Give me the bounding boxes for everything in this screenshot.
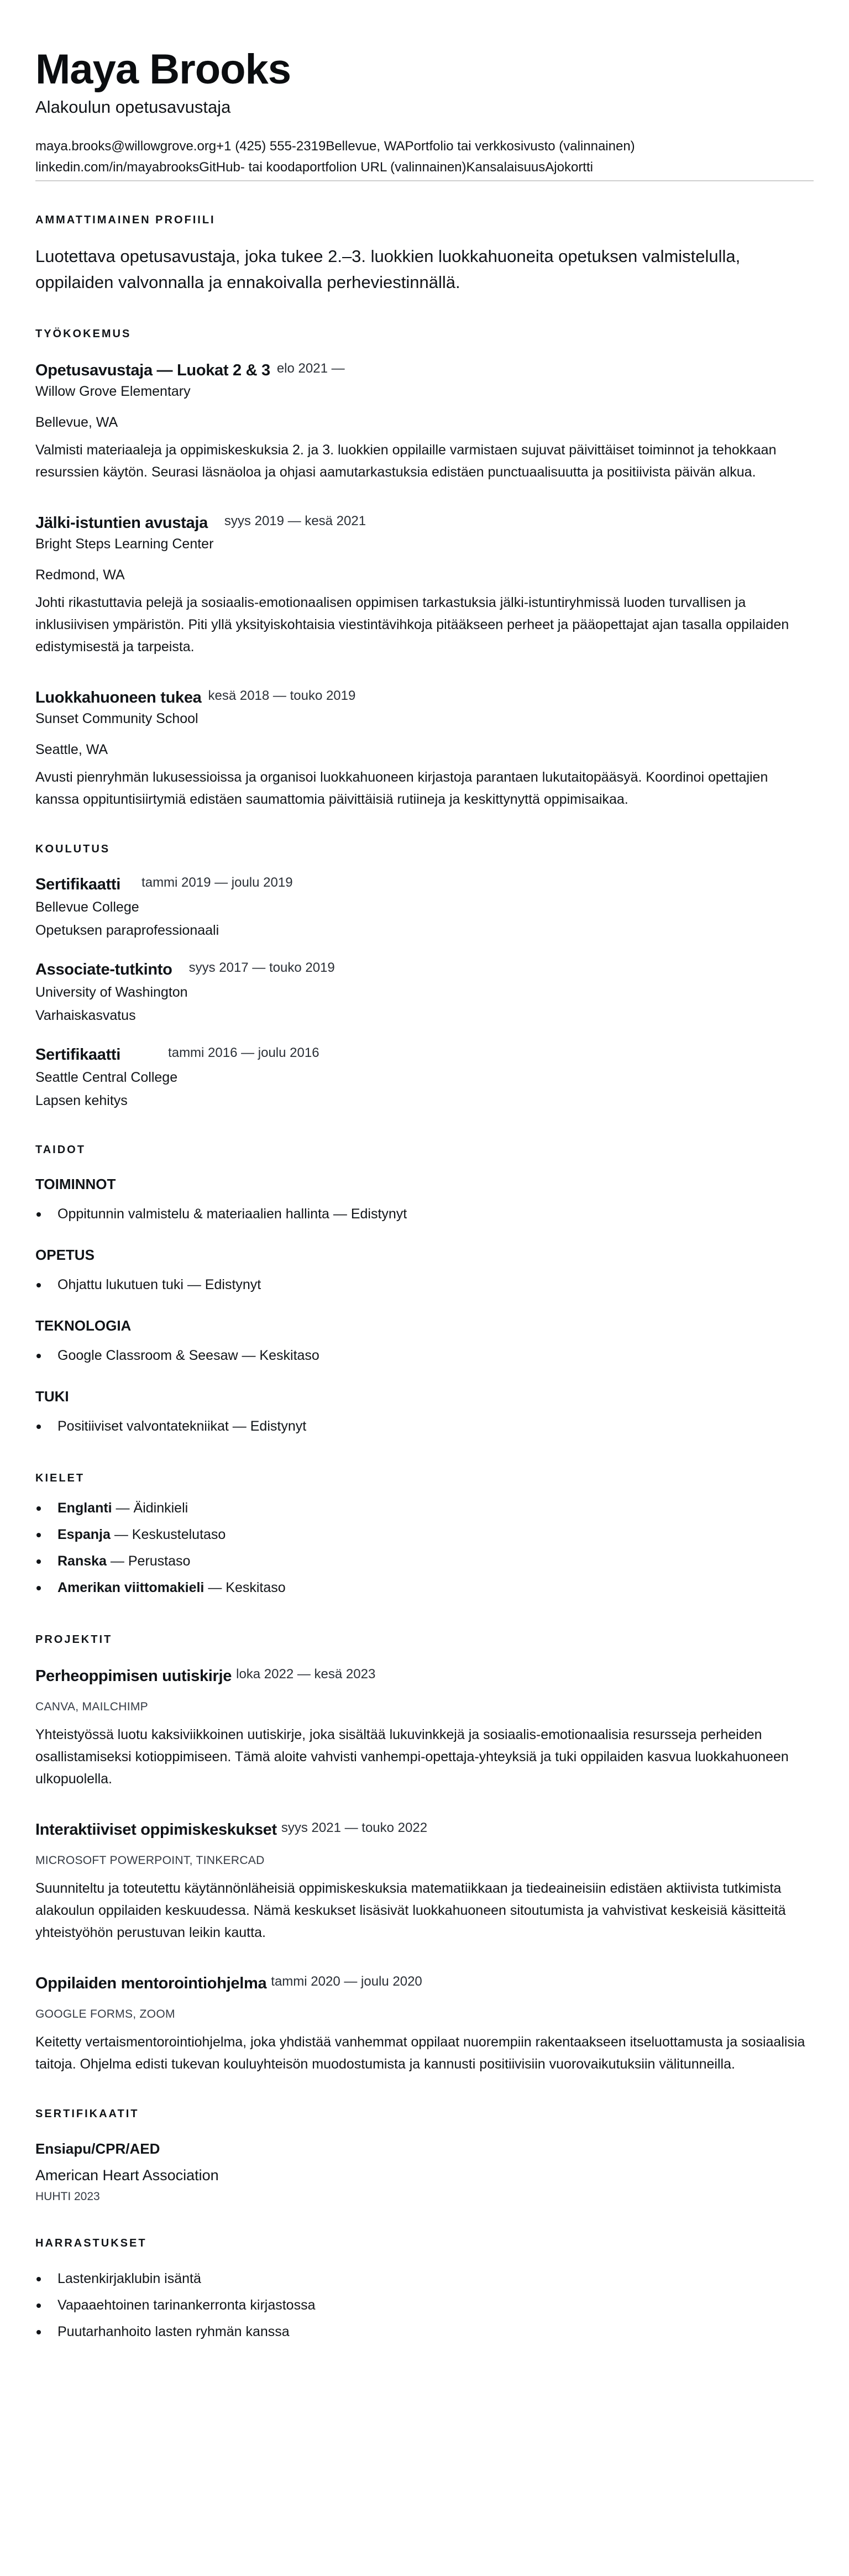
hobby-item: Vapaaehtoinen tarinankerronta kirjastoss… — [35, 2292, 814, 2318]
job-title: Luokkahuoneen tukea — [35, 688, 201, 708]
job-dates: kesä 2018 — touko 2019 — [208, 688, 355, 704]
experience-entry-header: Luokkahuoneen tukea kesä 2018 — touko 20… — [35, 688, 814, 708]
skill-category-title: Teknologia — [35, 1317, 814, 1334]
github-link[interactable]: GitHub- tai koodaportfolion URL (valinna… — [199, 160, 466, 175]
job-description: Valmisti materiaaleja ja oppimiskeskuksi… — [35, 439, 809, 483]
language-name: Englanti — [57, 1500, 112, 1516]
job-employer: Bright Steps Learning Center — [35, 534, 814, 554]
location-text: Bellevue, WA — [326, 139, 405, 154]
project-name: Oppilaiden mentorointiohjelma — [35, 1973, 266, 1993]
language-level: Äidinkieli — [134, 1500, 188, 1516]
project-name: Interaktiiviset oppimiskeskukset — [35, 1820, 277, 1840]
contact-info: maya.brooks@willowgrove.org+1 (425) 555-… — [35, 136, 814, 181]
school-name: University of Washington — [35, 982, 814, 1003]
portfolio-link[interactable]: Portfolio tai verkkosivusto (valinnainen… — [405, 139, 635, 154]
certification-entry: Ensiapu/CPR/AED American Heart Associati… — [35, 2139, 814, 2205]
section-title-education: Koulutus — [35, 842, 814, 856]
project-dates: loka 2022 — kesä 2023 — [236, 1666, 375, 1683]
project-entry-header: Interaktiiviset oppimiskeskukset syys 20… — [35, 1820, 814, 1840]
skill-category-title: Toiminnot — [35, 1175, 814, 1193]
section-title-profile: Ammattimainen profiili — [35, 213, 814, 227]
resume-header: Maya Brooks Alakoulun opetusavustaja may… — [35, 46, 814, 181]
project-entry-header: Oppilaiden mentorointiohjelma tammi 2020… — [35, 1973, 814, 1993]
education-section: Koulutus Sertifikaatti tammi 2019 — joul… — [35, 842, 814, 1111]
project-dates: tammi 2020 — joulu 2020 — [271, 1973, 422, 1990]
language-name: Espanja — [57, 1527, 111, 1542]
email-link[interactable]: maya.brooks@willowgrove.org — [35, 139, 216, 154]
project-entry: Oppilaiden mentorointiohjelma tammi 2020… — [35, 1973, 814, 2075]
job-employer: Willow Grove Elementary — [35, 381, 814, 401]
hobbies-section: Harrastukset Lastenkirjaklubin isäntä Va… — [35, 2237, 814, 2345]
language-name: Amerikan viittomakieli — [57, 1580, 204, 1595]
profile-section: Ammattimainen profiili Luotettava opetus… — [35, 213, 814, 295]
experience-entry: Jälki-istuntien avustaja syys 2019 — kes… — [35, 513, 814, 658]
section-title-certifications: Sertifikaatit — [35, 2107, 814, 2121]
skill-list: Positiiviset valvontatekniikat — Edistyn… — [35, 1413, 814, 1439]
job-employer: Sunset Community School — [35, 709, 814, 729]
certification-issuer: American Heart Association — [35, 2165, 814, 2186]
language-level: Perustaso — [128, 1553, 191, 1569]
skill-category: Toiminnot Oppitunnin valmistelu & materi… — [35, 1175, 814, 1227]
language-item: Ranska — Perustaso — [35, 1548, 814, 1574]
certification-name: Ensiapu/CPR/AED — [35, 2139, 814, 2158]
drivers-license-text: Ajokortti — [545, 160, 593, 175]
contact-line-2: linkedin.com/in/mayabrooksGitHub- tai ko… — [35, 157, 814, 178]
job-dates: syys 2019 — kesä 2021 — [224, 513, 366, 530]
project-description: Keitetty vertaismentorointiohjelma, joka… — [35, 2031, 809, 2075]
project-tech-stack: Google Forms, Zoom — [35, 2007, 814, 2022]
skill-list: Ohjattu lukutuen tuki — Edistynyt — [35, 1271, 814, 1298]
section-title-languages: Kielet — [35, 1472, 814, 1485]
experience-entry-header: Jälki-istuntien avustaja syys 2019 — kes… — [35, 513, 814, 533]
skill-list: Google Classroom & Seesaw — Keskitaso — [35, 1342, 814, 1369]
project-description: Suunniteltu ja toteutettu käytännönlähei… — [35, 1877, 809, 1944]
education-dates: syys 2017 — touko 2019 — [189, 960, 335, 976]
language-item: Englanti — Äidinkieli — [35, 1495, 814, 1521]
section-title-skills: Taidot — [35, 1143, 814, 1156]
field-of-study: Lapsen kehitys — [35, 1090, 814, 1111]
skill-category-title: Tuki — [35, 1388, 814, 1405]
project-tech-stack: Canva, Mailchimp — [35, 1699, 814, 1715]
experience-entry-header: Opetusavustaja — Luokat 2 & 3 elo 2021 — — [35, 360, 814, 380]
skills-section: Taidot Toiminnot Oppitunnin valmistelu &… — [35, 1143, 814, 1439]
language-level: Keskitaso — [226, 1580, 285, 1595]
skill-category: Tuki Positiiviset valvontatekniikat — Ed… — [35, 1388, 814, 1439]
project-dates: syys 2021 — touko 2022 — [281, 1820, 427, 1836]
skill-category: Teknologia Google Classroom & Seesaw — K… — [35, 1317, 814, 1369]
education-entry: Sertifikaatti tammi 2016 — joulu 2016 Se… — [35, 1045, 814, 1111]
degree-name: Sertifikaatti — [35, 875, 120, 894]
language-name: Ranska — [57, 1553, 107, 1569]
certifications-section: Sertifikaatit Ensiapu/CPR/AED American H… — [35, 2107, 814, 2205]
job-location: Redmond, WA — [35, 565, 814, 585]
language-list: Englanti — Äidinkieli Espanja — Keskuste… — [35, 1495, 814, 1601]
education-entry: Sertifikaatti tammi 2019 — joulu 2019 Be… — [35, 875, 814, 941]
field-of-study: Varhaiskasvatus — [35, 1005, 814, 1026]
degree-name: Associate-tutkinto — [35, 960, 172, 980]
education-entry-header: Associate-tutkinto syys 2017 — touko 201… — [35, 960, 814, 980]
project-tech-stack: Microsoft PowerPoint, Tinkercad — [35, 1853, 814, 1868]
citizenship-text: Kansalaisuus — [467, 160, 546, 175]
project-entry: Interaktiiviset oppimiskeskukset syys 20… — [35, 1820, 814, 1944]
section-title-experience: Työkokemus — [35, 327, 814, 341]
experience-entry: Opetusavustaja — Luokat 2 & 3 elo 2021 —… — [35, 360, 814, 483]
job-description: Johti rikastuttavia pelejä ja sosiaalis-… — [35, 591, 809, 658]
skill-category-title: Opetus — [35, 1246, 814, 1264]
experience-entry: Luokkahuoneen tukea kesä 2018 — touko 20… — [35, 688, 814, 810]
project-entry: Perheoppimisen uutiskirje loka 2022 — ke… — [35, 1666, 814, 1790]
job-location: Bellevue, WA — [35, 412, 814, 432]
education-dates: tammi 2016 — joulu 2016 — [168, 1045, 319, 1061]
job-title: Jälki-istuntien avustaja — [35, 513, 208, 533]
language-item: Amerikan viittomakieli — Keskitaso — [35, 1574, 814, 1601]
candidate-headline: Alakoulun opetusavustaja — [35, 96, 814, 118]
education-dates: tammi 2019 — joulu 2019 — [141, 875, 293, 891]
field-of-study: Opetuksen paraprofessionaali — [35, 920, 814, 941]
project-description: Yhteistyössä luotu kaksiviikkoinen uutis… — [35, 1724, 809, 1790]
skill-item: Ohjattu lukutuen tuki — Edistynyt — [35, 1271, 814, 1298]
skill-item: Google Classroom & Seesaw — Keskitaso — [35, 1342, 814, 1369]
job-dates: elo 2021 — — [277, 360, 345, 377]
project-entry-header: Perheoppimisen uutiskirje loka 2022 — ke… — [35, 1666, 814, 1686]
education-entry: Associate-tutkinto syys 2017 — touko 201… — [35, 960, 814, 1026]
languages-section: Kielet Englanti — Äidinkieli Espanja — K… — [35, 1472, 814, 1601]
hobby-list: Lastenkirjaklubin isäntä Vapaaehtoinen t… — [35, 2265, 814, 2345]
hobby-item: Lastenkirjaklubin isäntä — [35, 2265, 814, 2292]
candidate-name: Maya Brooks — [35, 46, 814, 93]
projects-section: Projektit Perheoppimisen uutiskirje loka… — [35, 1633, 814, 2075]
skill-item: Positiiviset valvontatekniikat — Edistyn… — [35, 1413, 814, 1439]
certification-date: huhti 2023 — [35, 2189, 814, 2205]
section-title-hobbies: Harrastukset — [35, 2237, 814, 2250]
skill-list: Oppitunnin valmistelu & materiaalien hal… — [35, 1201, 814, 1227]
school-name: Bellevue College — [35, 897, 814, 918]
education-entry-header: Sertifikaatti tammi 2019 — joulu 2019 — [35, 875, 814, 894]
resume-page: Maya Brooks Alakoulun opetusavustaja may… — [0, 0, 849, 2378]
linkedin-link[interactable]: linkedin.com/in/mayabrooks — [35, 160, 199, 175]
experience-section: Työkokemus Opetusavustaja — Luokat 2 & 3… — [35, 327, 814, 810]
job-location: Seattle, WA — [35, 740, 814, 760]
skill-category: Opetus Ohjattu lukutuen tuki — Edistynyt — [35, 1246, 814, 1298]
degree-name: Sertifikaatti — [35, 1045, 120, 1065]
phone-link[interactable]: +1 (425) 555-2319 — [216, 139, 326, 154]
language-level: Keskustelutaso — [132, 1527, 226, 1542]
section-title-projects: Projektit — [35, 1633, 814, 1646]
contact-line-1: maya.brooks@willowgrove.org+1 (425) 555-… — [35, 136, 814, 157]
language-item: Espanja — Keskustelutaso — [35, 1521, 814, 1548]
skill-item: Oppitunnin valmistelu & materiaalien hal… — [35, 1201, 814, 1227]
education-entry-header: Sertifikaatti tammi 2016 — joulu 2016 — [35, 1045, 814, 1065]
profile-summary: Luotettava opetusavustaja, joka tukee 2.… — [35, 243, 820, 295]
project-name: Perheoppimisen uutiskirje — [35, 1666, 232, 1686]
school-name: Seattle Central College — [35, 1067, 814, 1088]
hobby-item: Puutarhanhoito lasten ryhmän kanssa — [35, 2318, 814, 2345]
job-description: Avusti pienryhmän lukusessioissa ja orga… — [35, 766, 809, 810]
job-title: Opetusavustaja — Luokat 2 & 3 — [35, 360, 270, 380]
